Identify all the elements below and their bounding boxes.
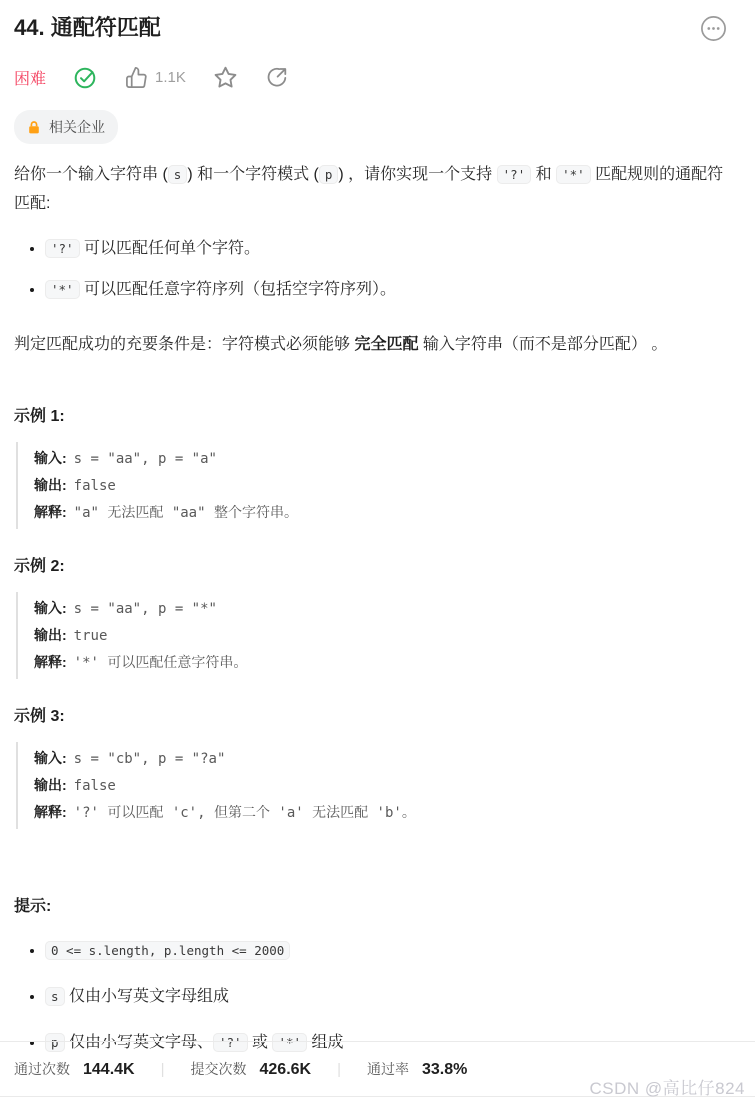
rule-item-question: '?' 可以匹配任何单个字符。 (45, 234, 727, 263)
statement-text: ) ，请你实现一个支持 (338, 166, 496, 183)
rule-item-star: '*' 可以匹配任意字符序列（包括空字符序列）。 (45, 275, 727, 304)
thumbs-up-icon (125, 66, 148, 89)
hints-heading: 提示: (14, 893, 727, 916)
example-output-line: 输出:true (34, 622, 727, 649)
page-title: 44. 通配符匹配 (14, 14, 161, 42)
example-explain-line: 解释:'?' 可以匹配 'c', 但第二个 'a' 无法匹配 'b'。 (34, 799, 727, 826)
explain-value: "a" 无法匹配 "aa" 整个字符串。 (74, 505, 298, 521)
example-1-block: 输入:s = "aa", p = "a"输出:false解释:"a" 无法匹配 … (16, 442, 727, 529)
example-1-heading: 示例 1: (14, 403, 727, 426)
solved-status (73, 65, 98, 90)
inline-code-constraint: 0 <= s.length, p.length <= 2000 (45, 941, 290, 960)
inline-code-s: s (168, 165, 188, 184)
output-label: 输出: (34, 627, 67, 643)
input-value: s = "cb", p = "?a" (74, 751, 226, 767)
stat-label: 通过率 (367, 1059, 409, 1079)
output-label: 输出: (34, 777, 67, 793)
check-circle-icon (73, 65, 98, 90)
inline-code-s: s (45, 987, 65, 1006)
statement-text: ) 和一个字符模式 ( (187, 166, 319, 183)
example-input-line: 输入:s = "cb", p = "?a" (34, 745, 727, 772)
star-icon (213, 65, 238, 90)
stat-accepted: 通过次数 144.4K (14, 1059, 135, 1079)
hint-item-s: s 仅由小写英文字母组成 (45, 982, 727, 1011)
statement-paragraph-1: 给你一个输入字符串 (s) 和一个字符模式 (p) ，请你实现一个支持 '?' … (14, 160, 727, 218)
inline-code-star: '*' (45, 280, 80, 299)
statement-text: 和 (531, 166, 556, 183)
stat-divider: | (337, 1061, 341, 1078)
stat-value: 144.4K (83, 1061, 135, 1079)
badge-row: 相关企业 (14, 110, 727, 144)
statement-text: 判定匹配成功的充要条件是：字符模式必须能够 (14, 336, 354, 353)
input-value: s = "aa", p = "*" (74, 601, 217, 617)
explain-label: 解释: (34, 504, 67, 520)
input-label: 输入: (34, 600, 67, 616)
ellipsis-icon (700, 15, 727, 42)
example-output-line: 输出:false (34, 772, 727, 799)
output-label: 输出: (34, 477, 67, 493)
input-label: 输入: (34, 750, 67, 766)
statement-text: 输入字符串（而不是部分匹配） 。 (418, 336, 667, 353)
watermark: CSDN @高比仔824 (589, 1074, 745, 1099)
inline-code-star: '*' (556, 165, 591, 184)
rule-text: 可以匹配任何单个字符。 (80, 240, 260, 257)
company-tag-badge[interactable]: 相关企业 (14, 110, 118, 144)
output-value: false (74, 778, 116, 794)
stat-divider: | (161, 1061, 165, 1078)
input-label: 输入: (34, 450, 67, 466)
example-2-heading: 示例 2: (14, 553, 727, 576)
lock-icon (27, 120, 41, 135)
explain-label: 解释: (34, 654, 67, 670)
output-value: true (74, 628, 108, 644)
example-input-line: 输入:s = "aa", p = "*" (34, 595, 727, 622)
like-button[interactable]: 1.1K (125, 66, 186, 89)
inline-code-question: '?' (497, 165, 532, 184)
example-explain-line: 解释:"a" 无法匹配 "aa" 整个字符串。 (34, 499, 727, 526)
meta-row: 困难 1.1K (14, 64, 727, 90)
explain-value: '*' 可以匹配任意字符串。 (74, 655, 248, 671)
example-explain-line: 解释:'*' 可以匹配任意字符串。 (34, 649, 727, 676)
share-icon (265, 65, 289, 89)
inline-code-question: '?' (45, 239, 80, 258)
inline-code-p: p (319, 165, 339, 184)
statement-text: 给你一个输入字符串 ( (14, 166, 168, 183)
hints-list: 0 <= s.length, p.length <= 2000 s 仅由小写英文… (14, 936, 727, 1057)
favorite-button[interactable] (213, 65, 238, 90)
stat-label: 通过次数 (14, 1059, 70, 1079)
emphasis-full-match: 完全匹配 (354, 336, 418, 353)
input-value: s = "aa", p = "a" (74, 451, 217, 467)
statement-paragraph-2: 判定匹配成功的充要条件是：字符模式必须能够 完全匹配 输入字符串（而不是部分匹配… (14, 330, 727, 359)
stat-acceptance-rate: 通过率 33.8% (367, 1059, 467, 1079)
example-output-line: 输出:false (34, 472, 727, 499)
share-button[interactable] (265, 65, 289, 89)
output-value: false (74, 478, 116, 494)
stat-label: 提交次数 (191, 1059, 247, 1079)
difficulty-badge: 困难 (14, 66, 46, 89)
more-options-button[interactable] (700, 15, 727, 42)
hint-text: 仅由小写英文字母组成 (65, 988, 229, 1005)
example-3-block: 输入:s = "cb", p = "?a"输出:false解释:'?' 可以匹配… (16, 742, 727, 829)
stat-value: 33.8% (422, 1061, 467, 1079)
rule-text: 可以匹配任意字符序列（包括空字符序列）。 (80, 281, 396, 298)
example-input-line: 输入:s = "aa", p = "a" (34, 445, 727, 472)
company-tag-label: 相关企业 (49, 117, 105, 137)
example-2-block: 输入:s = "aa", p = "*"输出:true解释:'*' 可以匹配任意… (16, 592, 727, 679)
rules-list: '?' 可以匹配任何单个字符。 '*' 可以匹配任意字符序列（包括空字符序列）。 (14, 234, 727, 304)
problem-description: 给你一个输入字符串 (s) 和一个字符模式 (p) ，请你实现一个支持 '?' … (14, 160, 727, 359)
title-row: 44. 通配符匹配 (14, 14, 727, 42)
example-3-heading: 示例 3: (14, 703, 727, 726)
stat-submissions: 提交次数 426.6K (191, 1059, 312, 1079)
explain-value: '?' 可以匹配 'c', 但第二个 'a' 无法匹配 'b'。 (74, 805, 416, 821)
explain-label: 解释: (34, 804, 67, 820)
stat-value: 426.6K (260, 1061, 312, 1079)
hint-item-length: 0 <= s.length, p.length <= 2000 (45, 936, 727, 965)
like-count: 1.1K (155, 69, 186, 86)
problem-panel: 44. 通配符匹配 困难 (0, 0, 755, 1057)
